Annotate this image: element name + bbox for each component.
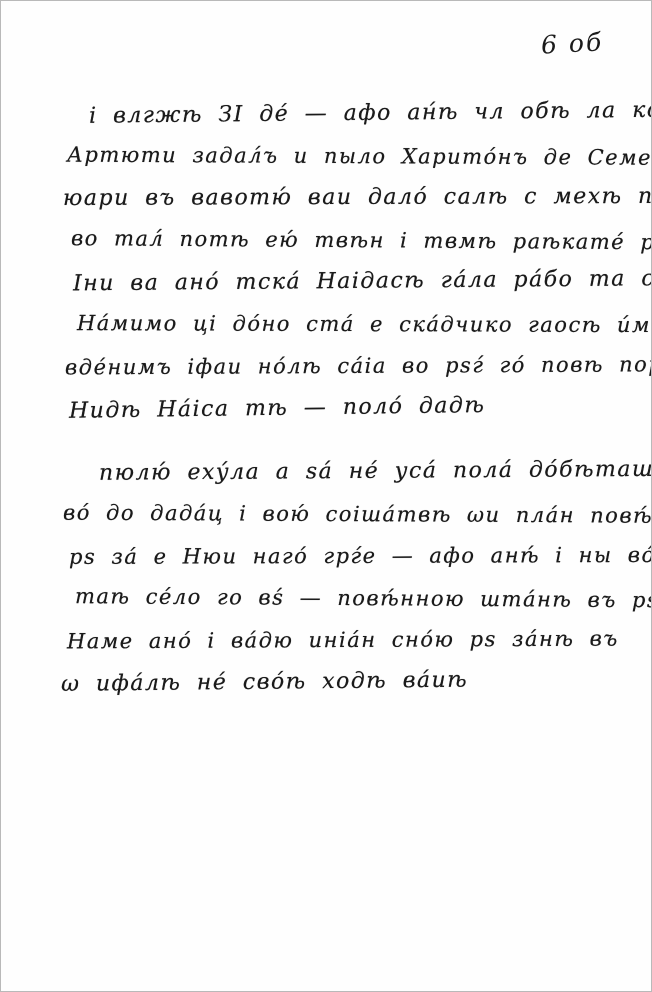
manuscript-line: пюлю́ еху́ла а ѕа́ не́ уса́ пола́ до́бѣт… — [99, 449, 606, 495]
manuscript-line: рѕ за́ е Нюи наго́ грѓе — афо анѣ́ і ны … — [69, 534, 606, 578]
manuscript-line: вде́нимъ іфаи но́лѣ са́іа во рѕѓ го́ пов… — [65, 344, 606, 389]
manuscript-line: На́мимо ці до́но ста́ е ска́дчико гаосѣ … — [77, 302, 606, 346]
manuscript-line: юари въ вавотю́ ваи дало́ салѣ с мехѣ по… — [63, 176, 606, 220]
manuscript-line: во тал́ потѣ ею́ твѣн і твмѣ раѣкате́ ра… — [71, 217, 606, 263]
manuscript-paragraph-2: пюлю́ еху́ла а ѕа́ не́ уса́ пола́ до́бѣт… — [61, 451, 606, 703]
manuscript-line: Іни ва ано́ тска́ Наідасѣ га́ла ра́бо та… — [73, 259, 606, 306]
manuscript-line: Наме ано́ і ва́дю иніа́н сно́ю рѕ за́нѣ … — [67, 618, 606, 663]
manuscript-scan-page: 6 об і влгжѣ ЗІ де́ — афо ан́ѣ чл обѣ ла… — [0, 0, 652, 992]
manuscript-line: Нидѣ На́іса тѣ — поло́ дадѣ — [69, 383, 607, 432]
manuscript-line: во́ до дада́ц і вою́ соіша́твѣ ωи пла́н … — [63, 492, 606, 537]
folio-number: 6 об — [540, 27, 604, 59]
manuscript-line: таѣ се́ло го вѕ́ — повѣ́нною шта́нѣ въ р… — [75, 575, 606, 621]
manuscript-paragraph-1: і влгжѣ ЗІ де́ — афо ан́ѣ чл обѣ ла ко́з… — [61, 93, 606, 429]
manuscript-body: і влгжѣ ЗІ де́ — афо ан́ѣ чл обѣ ла ко́з… — [61, 93, 606, 703]
manuscript-line: і влгжѣ ЗІ де́ — афо ан́ѣ чл обѣ ла ко́з… — [89, 90, 606, 137]
manuscript-line: Артюти задал́ъ и пыло Харито́нъ де Семен… — [67, 134, 606, 179]
manuscript-line: ω ифа́лѣ не́ сво́ѣ ходѣ ва́иѣ — [61, 658, 606, 706]
